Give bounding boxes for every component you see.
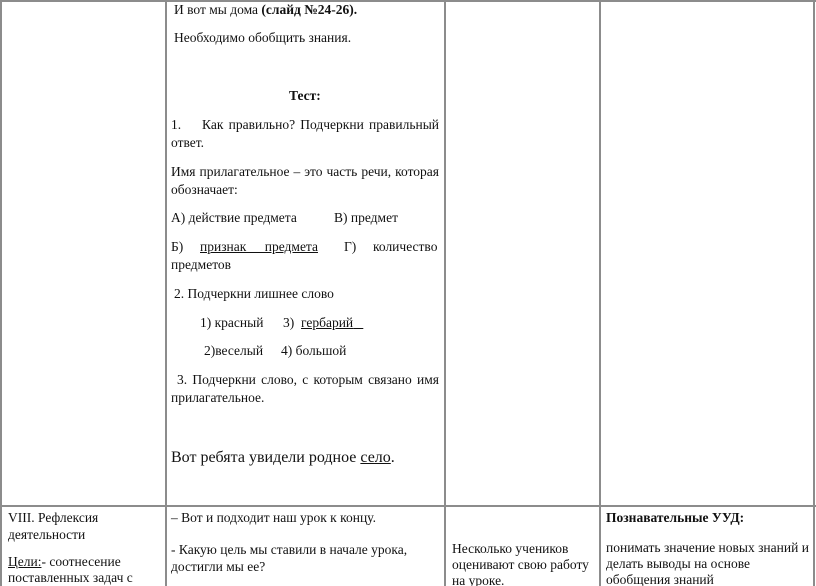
column-divider-3 <box>599 0 601 586</box>
closing-sentence: Вот ребята увидели родное село. <box>171 449 395 467</box>
slide-reference: (слайд №24-26). <box>261 2 357 17</box>
question-1-line: 1. Как правильно? Подчеркни правильный <box>171 116 439 134</box>
stage-title: VIII. Рефлексия <box>8 509 98 527</box>
question-2-option-3: 3) гербарий <box>283 314 363 332</box>
table-left-border <box>0 0 2 586</box>
teacher-line-1: – Вот и подходит наш урок к концу. <box>171 509 376 527</box>
teacher-line-2: - Какую цель мы ставили в начале урока, <box>171 541 407 559</box>
goals-cont: поставленных задач с <box>8 569 133 586</box>
question-1-prompt-cont: обозначает: <box>171 181 238 199</box>
summary-line: Необходимо обобщить знания. <box>174 29 351 47</box>
table-right-border <box>813 0 815 586</box>
question-2-option-4: 4) большой <box>281 342 346 360</box>
question-2-option-2: 2)веселый <box>204 342 263 360</box>
intro-line: И вот мы дома (слайд №24-26). <box>174 1 357 19</box>
teacher-line-3: достигли мы ее? <box>171 558 265 576</box>
option-a: А) действие предмета <box>171 209 297 227</box>
option-g-value: количество <box>373 238 437 256</box>
option-b-value: признак предмета <box>200 238 318 256</box>
option-g-label: Г) <box>344 238 356 256</box>
question-2-title: 2. Подчеркни лишнее слово <box>174 285 334 303</box>
uud-heading: Познавательные УУД: <box>606 509 744 527</box>
column-divider-1 <box>165 0 167 586</box>
question-3-cont: прилагательное. <box>171 389 264 407</box>
uud-line-3: обобщения знаний <box>606 571 714 586</box>
intro-text: И вот мы дома <box>174 2 261 17</box>
option-g-cont: предметов <box>171 256 231 274</box>
student-line-3: на уроке. <box>452 572 504 586</box>
question-1-cont: ответ. <box>171 134 204 152</box>
stage-title-cont: деятельности <box>8 526 85 544</box>
column-divider-2 <box>444 0 446 586</box>
test-title: Тест: <box>289 87 321 105</box>
table-top-border <box>0 0 816 2</box>
question-2-option-1: 1) красный <box>200 314 263 332</box>
question-1-prompt: Имя прилагательное – это часть речи, кот… <box>171 163 439 181</box>
option-v: В) предмет <box>334 209 398 227</box>
question-3-line: 3. Подчеркни слово, с которым связано им… <box>177 371 439 389</box>
row-divider <box>0 505 816 507</box>
option-b-label: Б) <box>171 238 183 256</box>
